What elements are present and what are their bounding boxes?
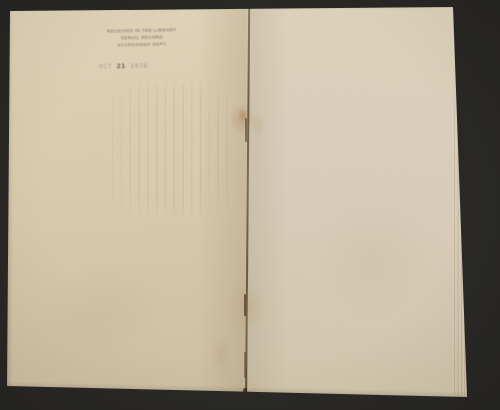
book-page-spread: RECEIVED IN THE LIBRARY SERIAL RECORD AC… (0, 0, 500, 410)
scan-background: RECEIVED IN THE LIBRARY SERIAL RECORD AC… (0, 0, 500, 410)
scan-vignette (0, 0, 500, 410)
